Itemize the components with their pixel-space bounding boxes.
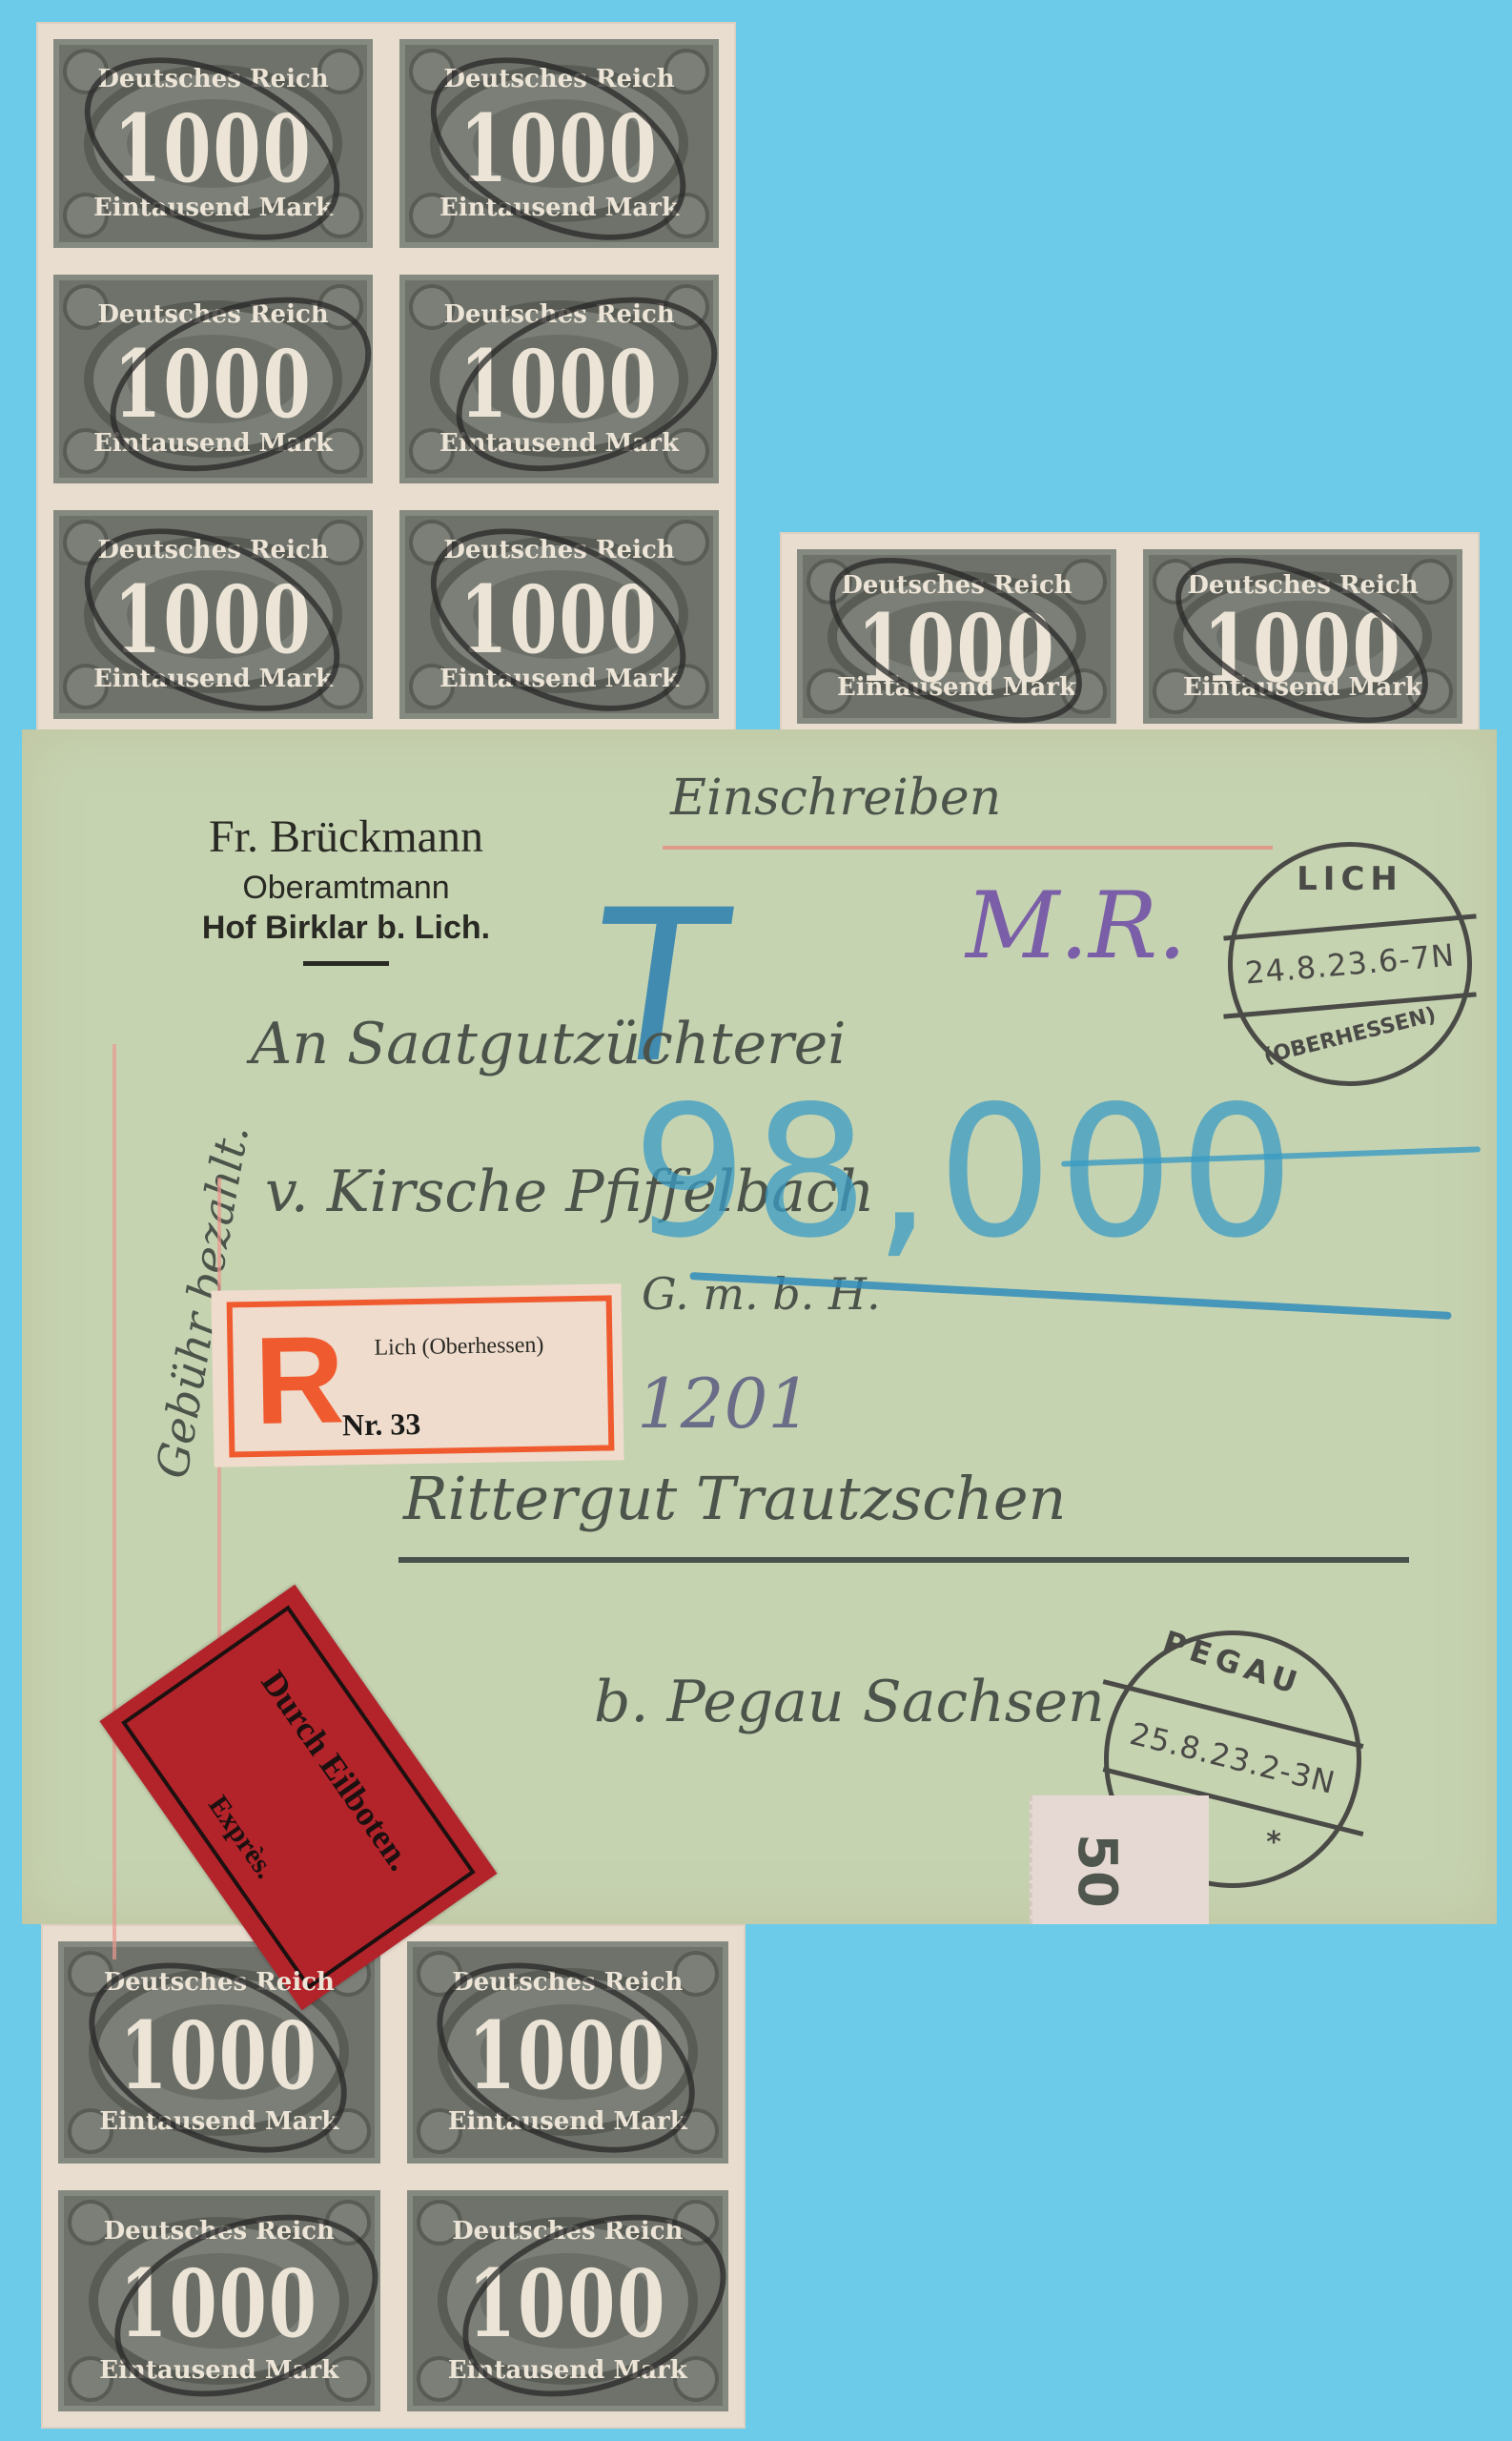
registered-note: Einschreiben [670,769,1001,827]
sender-block: Fr. Brückmann Oberamtmann Hof Birklar b.… [117,810,575,966]
postmark-lich-city: LICH [1233,860,1467,898]
postmark-lich-region: (OBERHESSEN) [1234,996,1467,1077]
sender-address: Hof Birklar b. Lich. [117,908,575,948]
envelope: Fr. Brückmann Oberamtmann Hof Birklar b.… [22,729,1497,1924]
registration-label: R Lich (Oberhessen) Nr. 33 [211,1283,623,1467]
registration-office: Lich (Oberhessen) [374,1333,543,1362]
recipient-line-4: Rittergut Trautzschen [403,1464,1066,1533]
margin-red-line-1 [112,1044,116,1959]
bottom-stamp-block: Deutsches Reich1000Eintausend MarkDeutsc… [43,1926,744,2427]
side-label: 50 [1030,1795,1209,1924]
postmark-lich: LICH 24.8.23.6-7N (OBERHESSEN) [1228,842,1472,1086]
registration-letter: R [254,1317,345,1443]
right-stamp-pair: Deutsches Reich1000Eintausend MarkDeutsc… [782,534,1478,739]
postmark-bar [1223,913,1476,940]
initials: M.R. [966,872,1187,979]
recipient-underline [398,1557,1409,1563]
postmark-pegau-date: 25.8.23.2-3N [1108,1711,1357,1806]
registered-underline [663,846,1273,850]
postmark-lich-date: 24.8.23.6-7N [1232,935,1468,992]
sender-title: Oberamtmann [117,868,575,908]
due-amount: 98,000 [632,1077,1300,1268]
registration-number: Nr. 33 [342,1406,421,1443]
top-stamp-block: Deutsches Reich1000Eintausend MarkDeutsc… [38,24,734,734]
postmark-pegau-city: PEGAU [1109,1608,1356,1718]
recipient-line-5: b. Pegau Sachsen [594,1669,1105,1735]
sender-divider [303,961,389,966]
reference-number: 1201 [637,1364,811,1444]
sender-name: Fr. Brückmann [117,810,575,864]
side-label-text: 50 [1066,1834,1128,1908]
